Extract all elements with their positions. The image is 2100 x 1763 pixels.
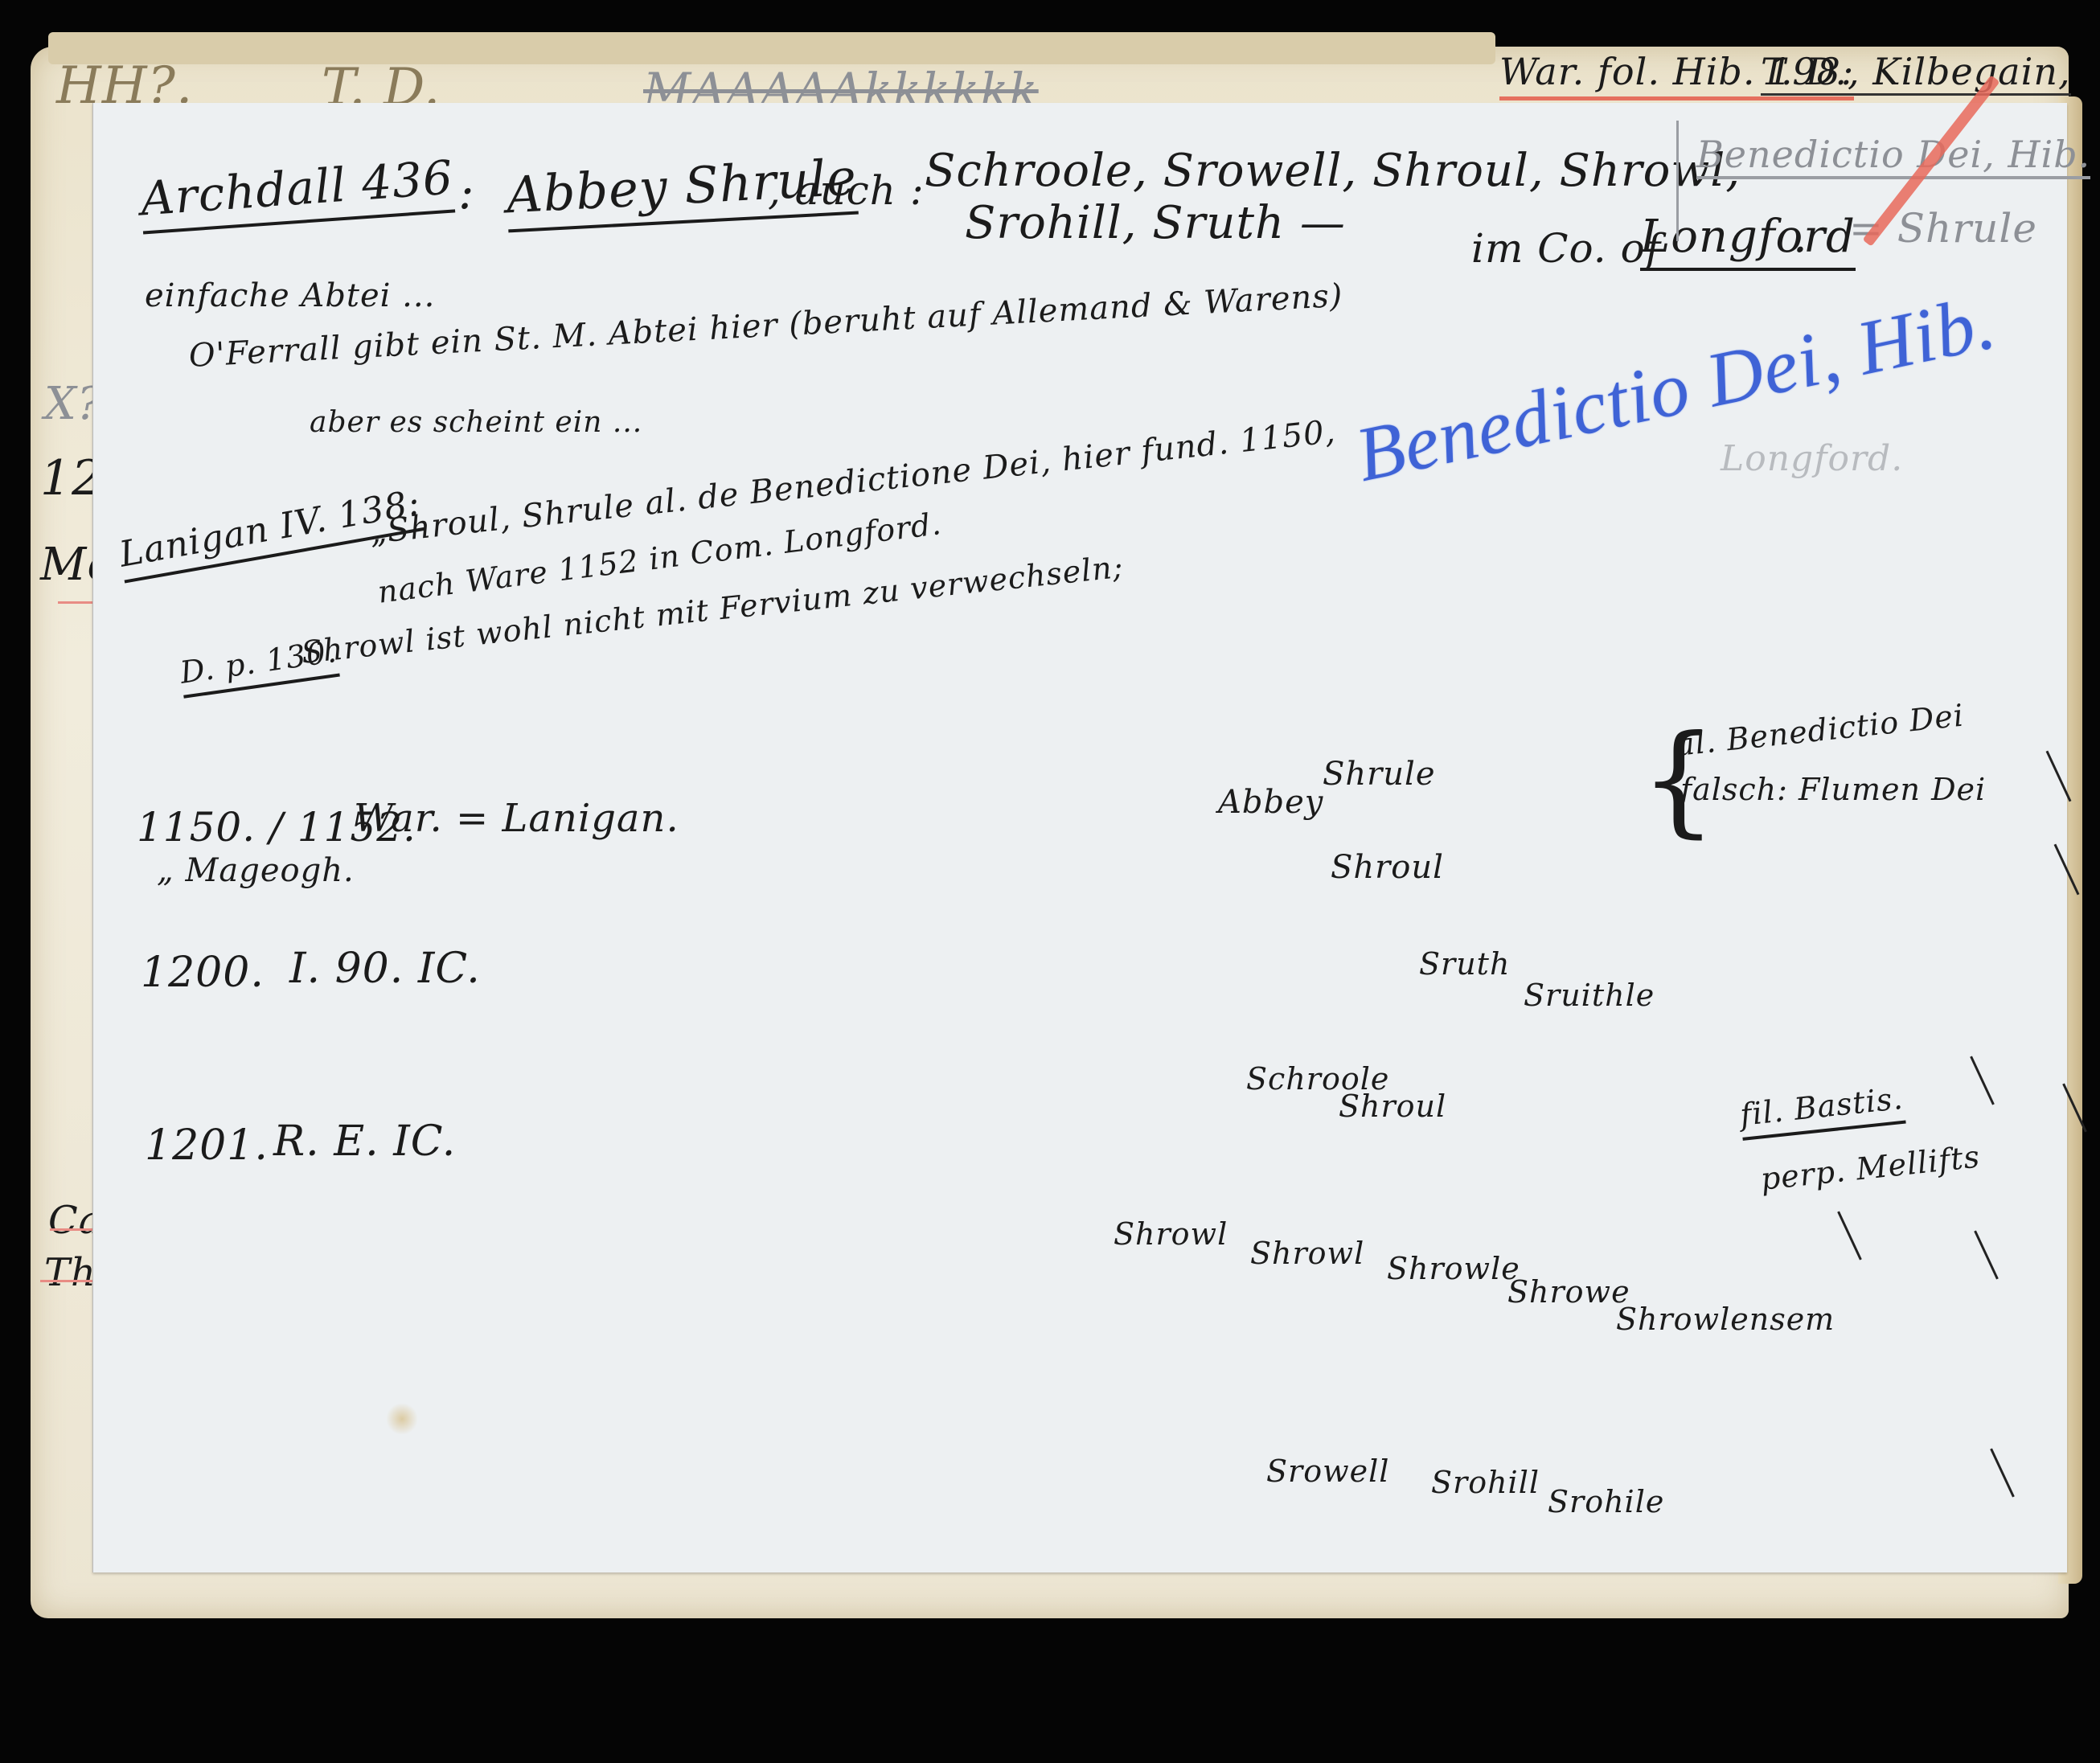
date-entry-text: War. = Lanigan. (354, 796, 679, 841)
backing-page-torn-edge (48, 32, 1495, 64)
struck-spelling: Shroul (1331, 849, 2100, 886)
abbey-label: Abbey (1218, 784, 1323, 821)
heading-variants-2: Srohill, Sruth — (965, 197, 1346, 249)
heading-colon: : (458, 165, 475, 219)
struck-spelling: Shroul (1339, 1089, 2100, 1124)
date-entry-year: 1200. (141, 949, 265, 997)
red-underline (58, 601, 94, 604)
date-entry-year: 1201. (145, 1121, 269, 1170)
struck-spelling: Sruithle (1524, 978, 2100, 1013)
alias-line2: falsch: Flumen Dei (1680, 772, 1986, 807)
date-entry-text: R. E. IC. (273, 1117, 456, 1166)
heading-variants-1: Schroole, Srowell, Shroul, Shrowl, (925, 145, 1741, 197)
date-entry-text: I. 90. IC. (289, 945, 481, 993)
struck-spelling: Sruth (1419, 946, 2100, 982)
pencil-note-title: Benedictio Dei, Hib. (1696, 133, 2090, 179)
block1-line1: einfache Abtei ... (145, 277, 435, 314)
heading-auch: , auch : (768, 167, 925, 214)
pencil-bracket (1676, 121, 1679, 241)
date-entry-text: „ Mageogh. (157, 852, 355, 889)
pencil-faint-note: Longford. (1721, 438, 1903, 479)
block1-line3: aber es scheint ein ... (310, 406, 642, 439)
foxing-stain (386, 1403, 418, 1435)
backing-header-name: T. D., Kilbegain, (1761, 50, 2071, 96)
struck-spelling: Shrowlensem (1616, 1302, 2100, 1337)
struck-spelling: Srohile (1548, 1484, 2100, 1519)
heading-county-name: Longford (1640, 211, 1856, 271)
heading-county-end: . (1793, 211, 1808, 263)
heading-county: im Co. of (1471, 225, 1661, 272)
red-underline (50, 1228, 94, 1231)
red-underline (40, 1280, 92, 1282)
